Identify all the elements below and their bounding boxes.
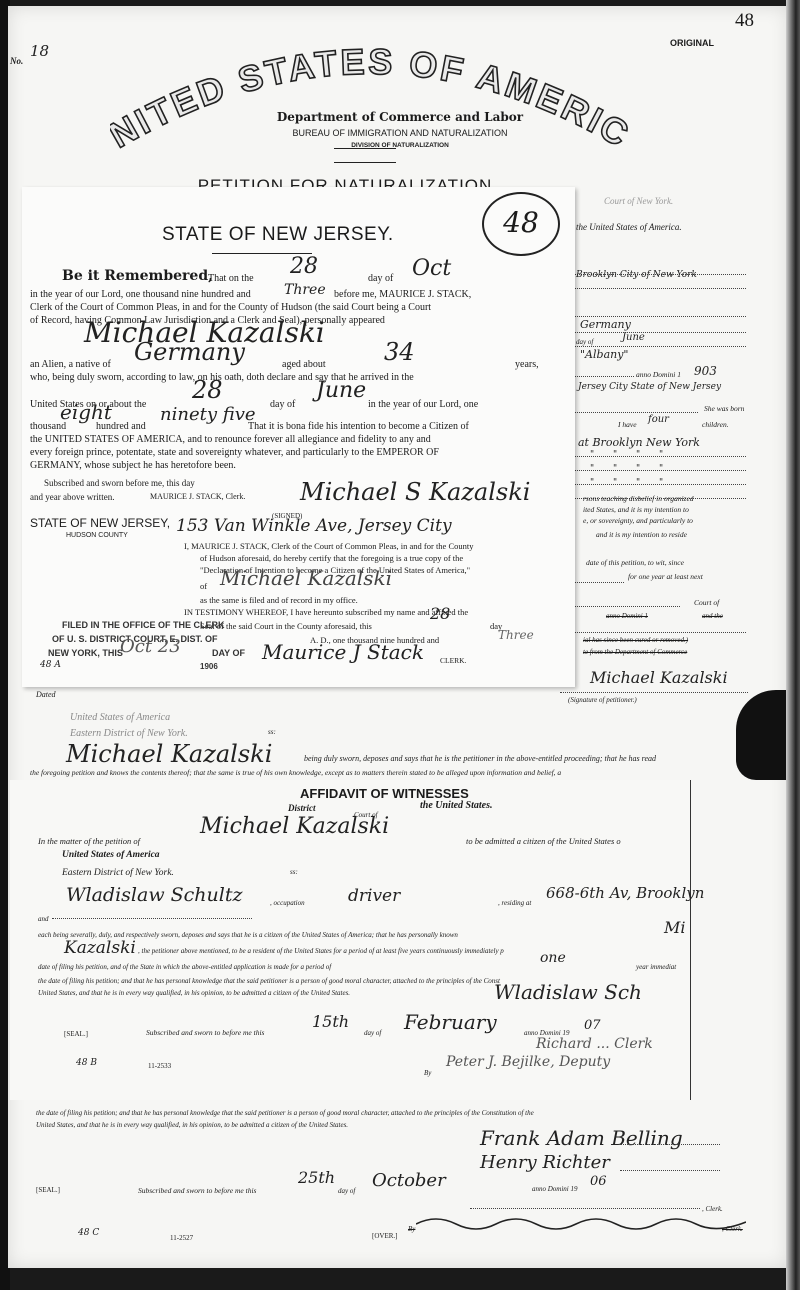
verification-venue: Eastern District of New York.	[70, 728, 188, 739]
anno-domini-label: anno Domini 19	[532, 1182, 578, 1196]
affidavit-text: United States, and that he is in every w…	[38, 986, 350, 1000]
paragraph-text: in the year of our Lord, one	[368, 398, 478, 411]
signature-caption: (Signature of petitioner.)	[568, 696, 637, 704]
strikeout-line	[416, 1214, 746, 1234]
affidavit-title: AFFIDAVIT OF WITNESSES	[300, 786, 469, 801]
testimony-day: 28	[430, 604, 450, 623]
certified-name: Michael Kazalski	[220, 566, 392, 590]
aged-about-label: aged about	[282, 358, 326, 371]
anno-domini-label: anno Domini 1	[636, 370, 681, 379]
us-line: the United States of America.	[576, 222, 682, 232]
sworn-month: February	[404, 1010, 497, 1034]
arrival-year: 903	[694, 364, 717, 378]
clerk-label: CLERK.	[440, 656, 466, 665]
petition-clause: and it is my intention to reside	[596, 530, 687, 539]
page-annotation: 48 C	[78, 1228, 99, 1238]
filed-date: Oct 23	[120, 636, 181, 657]
clerk-signature-line	[470, 1208, 700, 1209]
petition-clause: ial has since been cured or removed.)	[583, 636, 688, 644]
paragraph-text: every foreign prince, potentate, state a…	[30, 446, 439, 459]
witness-signature: Frank Adam Belling	[480, 1126, 683, 1150]
bureau: BUREAU OF IMMIGRATION AND NATURALIZATION	[0, 128, 800, 138]
declarant-signature: Michael S Kazalski	[300, 478, 530, 506]
affidavit-text: , the petitioner above mentioned, to be …	[138, 944, 504, 958]
day-of-label: day of	[338, 1184, 355, 1198]
verification-text: the foregoing petition and knows the con…	[30, 768, 561, 777]
sworn-year: 06	[590, 1174, 607, 1189]
day-of-label: day of	[368, 272, 393, 285]
and-label: and	[38, 912, 49, 926]
dated-label: Dated	[36, 690, 56, 699]
declaration-day: 28	[290, 254, 318, 279]
verification-text: being duly sworn, deposes and says that …	[304, 754, 656, 763]
form-line	[574, 304, 746, 317]
testimony-year: Three	[498, 628, 534, 642]
petition-clause: and the	[702, 612, 723, 620]
clerk-signature: Richard ... Clerk	[536, 1036, 653, 1052]
form-line	[574, 400, 698, 413]
children-label: children.	[702, 420, 729, 429]
clerk-name: MAURICE J. STACK, Clerk.	[150, 492, 245, 501]
hundred-and-label: hundred and	[96, 420, 146, 433]
filed-year: 1906	[200, 662, 218, 671]
petition-clause: rsons teaching disbelief in organized	[583, 494, 694, 503]
over-label: [OVER.]	[372, 1232, 397, 1240]
filed-stamp: DAY OF	[212, 648, 245, 658]
form-number: 11-2533	[148, 1062, 171, 1070]
age-value: 34	[384, 338, 415, 366]
form-line	[574, 334, 746, 347]
declared-at: Jersey City State of New Jersey	[578, 382, 721, 392]
form-line	[574, 276, 746, 289]
vessel-name: "Albany"	[580, 348, 628, 361]
witness-2-line	[52, 918, 252, 919]
by-label: By	[424, 1066, 431, 1080]
arrival-decade: ninety five	[160, 404, 256, 425]
page-annotation: 48 B	[76, 1058, 97, 1068]
form-line	[574, 594, 680, 607]
petition-clause: date of this petition, to wit, since	[586, 558, 684, 567]
page-number: 48	[735, 10, 754, 32]
known-surname: Kazalski	[64, 938, 136, 958]
to-be-admitted-label: to be admitted a citizen of the United S…	[466, 834, 621, 848]
declaration-month: Oct	[412, 256, 451, 281]
filed-stamp: FILED IN THE OFFICE OF THE CLERK	[62, 620, 225, 630]
sworn-day: 15th	[312, 1012, 349, 1031]
she-was-born-label: She was born	[704, 404, 744, 413]
petition-clause: te from the Department of Commerce	[583, 648, 687, 656]
signature-line	[560, 680, 748, 693]
be-it-remembered: Be it Remembered,	[62, 268, 213, 284]
clerk-label: , Clerk.	[722, 1222, 743, 1236]
page-annotation: 48 A	[40, 660, 61, 670]
residing-label: , residing at	[498, 896, 531, 910]
paragraph-text: in the year of our Lord, one thousand ni…	[30, 288, 251, 301]
signature-line	[620, 1144, 720, 1145]
paragraph-text: before me, MAURICE J. STACK,	[334, 288, 471, 301]
affidavit-text: United States, and that he is in every w…	[36, 1118, 348, 1132]
division: DIVISION OF NATURALIZATION	[0, 142, 800, 149]
department: Department of Commerce and Labor	[0, 110, 800, 124]
petition-clause: anno Domini 1	[606, 612, 648, 620]
by-label: By	[408, 1222, 415, 1236]
arrival-day: 28	[192, 376, 223, 404]
paragraph-text: GERMANY, whose subject he has heretofore…	[30, 459, 236, 472]
alien-native-label: an Alien, a native of	[30, 358, 111, 371]
original-label: ORIGINAL	[670, 38, 714, 48]
hudson-county-label: HUDSON COUNTY	[66, 532, 128, 539]
number-label: No.	[10, 56, 23, 66]
subscribed-label: Subscribed and sworn before me, this day	[44, 478, 195, 488]
of-label: of	[200, 580, 207, 593]
the-us-label: the United States.	[420, 800, 493, 811]
witness-1-name: Wladislaw Schultz	[66, 884, 242, 906]
subscribed-label: and year above written.	[30, 492, 114, 502]
declaration-year: Three	[284, 282, 326, 298]
form-line	[574, 620, 746, 633]
i-have-label: I have	[618, 420, 637, 429]
court-line: Court of New York.	[604, 196, 673, 206]
affidavit-venue: Eastern District of New York.	[62, 868, 174, 878]
witness-1-occupation: driver	[348, 886, 400, 906]
form-line	[574, 570, 624, 583]
paragraph-text: the UNITED STATES OF AMERICA, and to ren…	[30, 433, 431, 446]
that-on-the: That on the	[208, 272, 254, 285]
arrival-month: June	[316, 378, 366, 403]
petition-clause: e, or sovereignty, and particularly to	[583, 516, 693, 525]
sworn-month: October	[372, 1170, 446, 1191]
ss-label: ss:	[268, 728, 276, 736]
occupation-label: , occupation	[270, 896, 305, 910]
years-label: years,	[515, 358, 539, 371]
petition-clause: Court of	[694, 598, 719, 607]
declarant-address: 153 Van Winkle Ave, Jersey City	[176, 516, 452, 536]
petition-number: 18	[30, 42, 49, 60]
paragraph-text: That it is bona fide his intention to be…	[248, 420, 469, 433]
subscribed-label: Subscribed and sworn to before me this	[146, 1026, 264, 1040]
petition-clause: ited States, and it is my intention to	[583, 505, 689, 514]
period-value: one	[540, 950, 566, 966]
circled-number: 48	[482, 192, 560, 256]
verification-petitioner: Michael Kazalski	[66, 740, 272, 768]
affidavit-text: year immediat	[636, 960, 676, 974]
day-of-label: day of	[364, 1026, 381, 1040]
witness-signature: Henry Richter	[480, 1152, 610, 1173]
signature-line	[620, 1170, 720, 1171]
native-country: Germany	[134, 338, 245, 366]
subscribed-label: Subscribed and sworn to before me this	[138, 1184, 256, 1198]
seal-label: [SEAL.]	[36, 1186, 60, 1194]
district-label: District	[288, 803, 316, 813]
form-line	[574, 364, 634, 377]
deputy-signature: Peter J. Bejilke, Deputy	[446, 1054, 610, 1070]
divider	[334, 162, 396, 163]
ss-label: ss:	[290, 868, 298, 876]
children-count: four	[648, 414, 669, 425]
testimony-text: IN TESTIMONY WHEREOF, I have hereunto su…	[184, 606, 468, 619]
sworn-day: 25th	[298, 1168, 335, 1187]
sworn-year: 07	[584, 1018, 601, 1033]
witness-1-residence: 668-6th Av, Brooklyn	[546, 884, 704, 902]
seal-label: [SEAL.]	[64, 1030, 88, 1038]
witness-1-signature: Wladislaw Sch	[494, 980, 642, 1004]
state-title: STATE OF NEW JERSEY.	[162, 224, 394, 246]
testimony-text: Seal of the said Court in the County afo…	[200, 620, 372, 633]
filed-stamp: NEW YORK, THIS	[48, 648, 123, 658]
form-number: 11-2527	[170, 1234, 193, 1242]
affidavit-petitioner: Michael Kazalski	[200, 814, 389, 839]
clerk-signature: Maurice J Stack	[262, 640, 424, 664]
affidavit-venue: United States of America	[62, 850, 160, 860]
known-name: Mi	[664, 918, 686, 937]
matter-of-label: In the matter of the petition of	[38, 834, 140, 848]
book-spine	[786, 0, 800, 1290]
petition-clause: for one year at least next	[628, 572, 703, 581]
form-line	[574, 320, 746, 333]
day-of-label: day of	[270, 398, 295, 411]
verification-venue: United States of America	[70, 712, 170, 723]
affidavit-text: date of filing his petition, and of the …	[38, 960, 331, 974]
state-nj-label: STATE OF NEW JERSEY,	[30, 516, 170, 530]
paragraph-text: Clerk of the Court of Common Pleas, in a…	[30, 301, 431, 314]
